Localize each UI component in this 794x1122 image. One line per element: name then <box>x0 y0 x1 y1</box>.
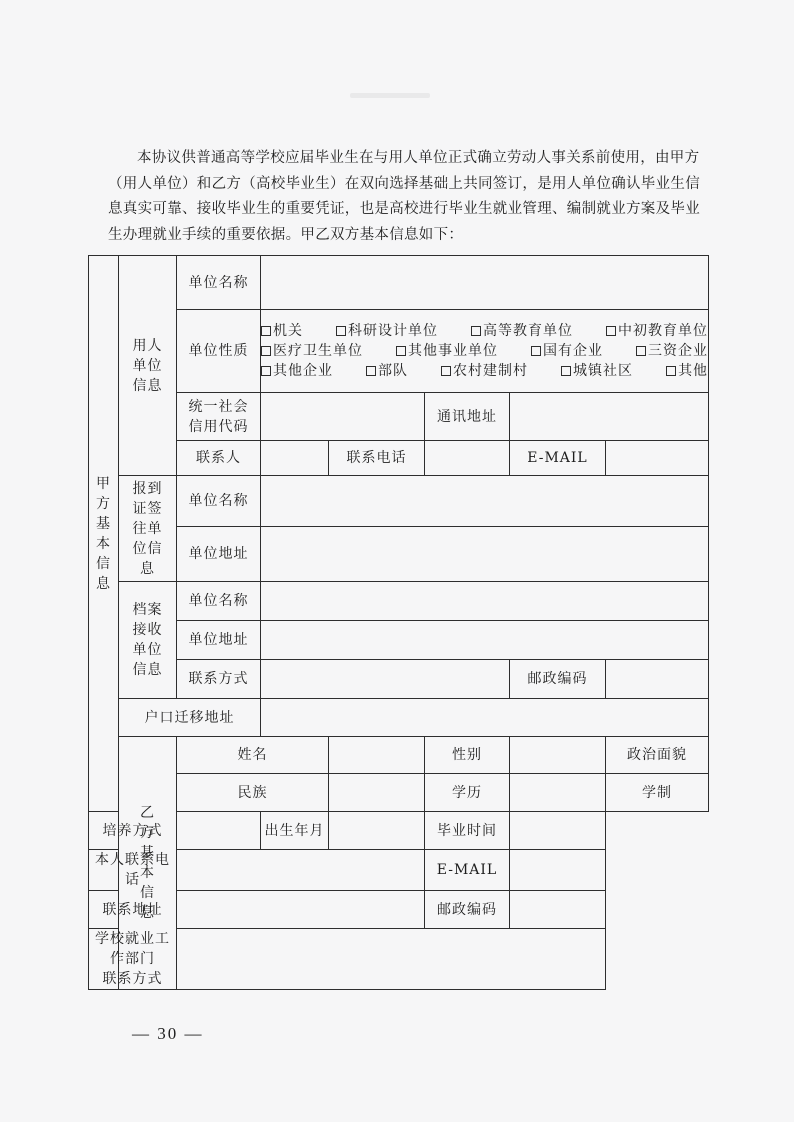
report-unit-group-label: 报到 证签 往单 位信 息 <box>119 476 177 582</box>
checkbox-icon <box>471 326 481 336</box>
row-report-unit-name: 报到 证签 往单 位信 息 单位名称 <box>89 476 709 527</box>
employer-unit-nature-label: 单位性质 <box>177 310 261 393</box>
archive-postcode-label: 邮政编码 <box>510 660 606 699</box>
checkbox-other-public[interactable]: 其他事业单位 <box>396 341 498 361</box>
checkbox-icon <box>261 346 271 356</box>
checkbox-icon <box>261 326 271 336</box>
contact-person-label: 联系人 <box>177 441 261 476</box>
row-credit-code: 统一社会 信用代码 通讯地址 <box>89 393 709 441</box>
student-phone-label: 本人联系电话 <box>89 850 177 891</box>
student-phone-field[interactable] <box>177 850 425 891</box>
checkbox-icon <box>366 366 376 376</box>
student-address-label: 联系地址 <box>89 891 177 929</box>
checkbox-icon <box>606 326 616 336</box>
student-email-field[interactable] <box>510 850 606 891</box>
checkbox-icon <box>666 366 676 376</box>
row-student-address: 联系地址 邮政编码 <box>89 891 709 929</box>
row-employer-name: 甲 方 基 本 信 息 用人 单位 信息 单位名称 <box>89 256 709 310</box>
employer-email-field[interactable] <box>606 441 709 476</box>
student-name-field[interactable] <box>329 737 425 774</box>
intro-paragraph: 本协议供普通高等学校应届毕业生在与用人单位正式确立劳动人事关系前使用，由甲方（用… <box>108 146 708 248</box>
student-email-label: E-MAIL <box>425 850 510 891</box>
training-mode-field[interactable] <box>177 812 261 850</box>
party-a-section-label: 甲 方 基 本 信 息 <box>89 256 119 812</box>
row-archive-unit-name: 档案 接收 单位 信息 单位名称 <box>89 582 709 621</box>
hukou-label: 户口迁移地址 <box>119 699 261 737</box>
checkbox-icon <box>561 366 571 376</box>
archive-unit-address-field[interactable] <box>261 621 709 660</box>
archive-unit-group-label: 档案 接收 单位 信息 <box>119 582 177 699</box>
credit-code-field[interactable] <box>261 393 425 441</box>
birth-date-label: 出生年月 <box>261 812 329 850</box>
school-dept-label: 学校就业工作部门 联系方式 <box>89 929 177 990</box>
intro-text: 本协议供普通高等学校应届毕业生在与用人单位正式确立劳动人事关系前使用，由甲方（用… <box>108 146 708 248</box>
row-student-name: 乙 方 基 本 信 息 姓名 性别 政治面貌 <box>89 737 709 774</box>
row-employer-nature: 单位性质 机关 科研设计单位 高等教育单位 中初教育单位 医疗卫生单位 其他事业… <box>89 310 709 393</box>
report-unit-address-field[interactable] <box>261 527 709 582</box>
row-student-ethnicity: 民族 学历 学制 <box>89 774 709 812</box>
archive-contact-field[interactable] <box>261 660 510 699</box>
student-name-label: 姓名 <box>177 737 329 774</box>
employer-group-label: 用人 单位 信息 <box>119 256 177 476</box>
checkbox-icon <box>261 366 271 376</box>
checkbox-higher-edu[interactable]: 高等教育单位 <box>471 321 573 341</box>
agreement-info-table: 甲 方 基 本 信 息 用人 单位 信息 单位名称 单位性质 机关 科研设计单位… <box>88 255 709 990</box>
row-report-unit-address: 单位地址 <box>89 527 709 582</box>
birth-date-field[interactable] <box>329 812 425 850</box>
checkbox-other[interactable]: 其他 <box>666 361 708 381</box>
row-hukou: 户口迁移地址 <box>89 699 709 737</box>
report-unit-name-field[interactable] <box>261 476 709 527</box>
report-unit-address-label: 单位地址 <box>177 527 261 582</box>
gender-label: 性别 <box>425 737 510 774</box>
ethnicity-label: 民族 <box>177 774 329 812</box>
contact-phone-label: 联系电话 <box>329 441 425 476</box>
archive-unit-name-label: 单位名称 <box>177 582 261 621</box>
checkbox-jiguan[interactable]: 机关 <box>261 321 303 341</box>
archive-contact-label: 联系方式 <box>177 660 261 699</box>
student-postcode-label: 邮政编码 <box>425 891 510 929</box>
checkbox-icon <box>441 366 451 376</box>
employer-unit-name-label: 单位名称 <box>177 256 261 310</box>
nature-options-line-1: 机关 科研设计单位 高等教育单位 中初教育单位 <box>261 321 708 341</box>
archive-postcode-field[interactable] <box>606 660 709 699</box>
checkbox-medical[interactable]: 医疗卫生单位 <box>261 341 363 361</box>
employer-unit-nature-options: 机关 科研设计单位 高等教育单位 中初教育单位 医疗卫生单位 其他事业单位 国有… <box>261 310 709 393</box>
checkbox-icon <box>531 346 541 356</box>
checkbox-research[interactable]: 科研设计单位 <box>336 321 438 341</box>
row-contact: 联系人 联系电话 E-MAIL <box>89 441 709 476</box>
education-field[interactable] <box>510 774 606 812</box>
gender-field[interactable] <box>510 737 606 774</box>
checkbox-other-enterprise[interactable]: 其他企业 <box>261 361 333 381</box>
school-dept-field[interactable] <box>177 929 606 990</box>
checkbox-village[interactable]: 农村建制村 <box>441 361 528 381</box>
checkbox-military[interactable]: 部队 <box>366 361 408 381</box>
employer-unit-name-field[interactable] <box>261 256 709 310</box>
graduation-date-field[interactable] <box>510 812 606 850</box>
schooling-length-label: 学制 <box>606 774 709 812</box>
checkbox-state-owned[interactable]: 国有企业 <box>531 341 603 361</box>
mailing-address-label: 通讯地址 <box>425 393 510 441</box>
checkbox-secondary-edu[interactable]: 中初教育单位 <box>606 321 708 341</box>
checkbox-icon <box>336 326 346 336</box>
archive-unit-address-label: 单位地址 <box>177 621 261 660</box>
archive-unit-name-field[interactable] <box>261 582 709 621</box>
student-address-field[interactable] <box>177 891 425 929</box>
mailing-address-field[interactable] <box>510 393 709 441</box>
political-status-label: 政治面貌 <box>606 737 709 774</box>
contact-person-field[interactable] <box>261 441 329 476</box>
ethnicity-field[interactable] <box>329 774 425 812</box>
page-number: — 30 — <box>132 1024 204 1044</box>
checkbox-foreign-invested[interactable]: 三资企业 <box>636 341 708 361</box>
row-archive-unit-address: 单位地址 <box>89 621 709 660</box>
student-postcode-field[interactable] <box>510 891 606 929</box>
row-archive-contact: 联系方式 邮政编码 <box>89 660 709 699</box>
education-label: 学历 <box>425 774 510 812</box>
credit-code-label: 统一社会 信用代码 <box>177 393 261 441</box>
hukou-field[interactable] <box>261 699 709 737</box>
row-student-training: 培养方式 出生年月 毕业时间 <box>89 812 709 850</box>
row-student-phone: 本人联系电话 E-MAIL <box>89 850 709 891</box>
training-mode-label: 培养方式 <box>89 812 177 850</box>
checkbox-community[interactable]: 城镇社区 <box>561 361 633 381</box>
checkbox-icon <box>396 346 406 356</box>
contact-phone-field[interactable] <box>425 441 510 476</box>
report-unit-name-label: 单位名称 <box>177 476 261 527</box>
graduation-date-label: 毕业时间 <box>425 812 510 850</box>
nature-options-line-2: 医疗卫生单位 其他事业单位 国有企业 三资企业 <box>261 341 708 361</box>
nature-options-line-3: 其他企业 部队 农村建制村 城镇社区 其他 <box>261 361 708 381</box>
employer-email-label: E-MAIL <box>510 441 606 476</box>
checkbox-icon <box>636 346 646 356</box>
row-school-dept: 学校就业工作部门 联系方式 <box>89 929 709 990</box>
bleed-through-mark <box>350 93 430 98</box>
